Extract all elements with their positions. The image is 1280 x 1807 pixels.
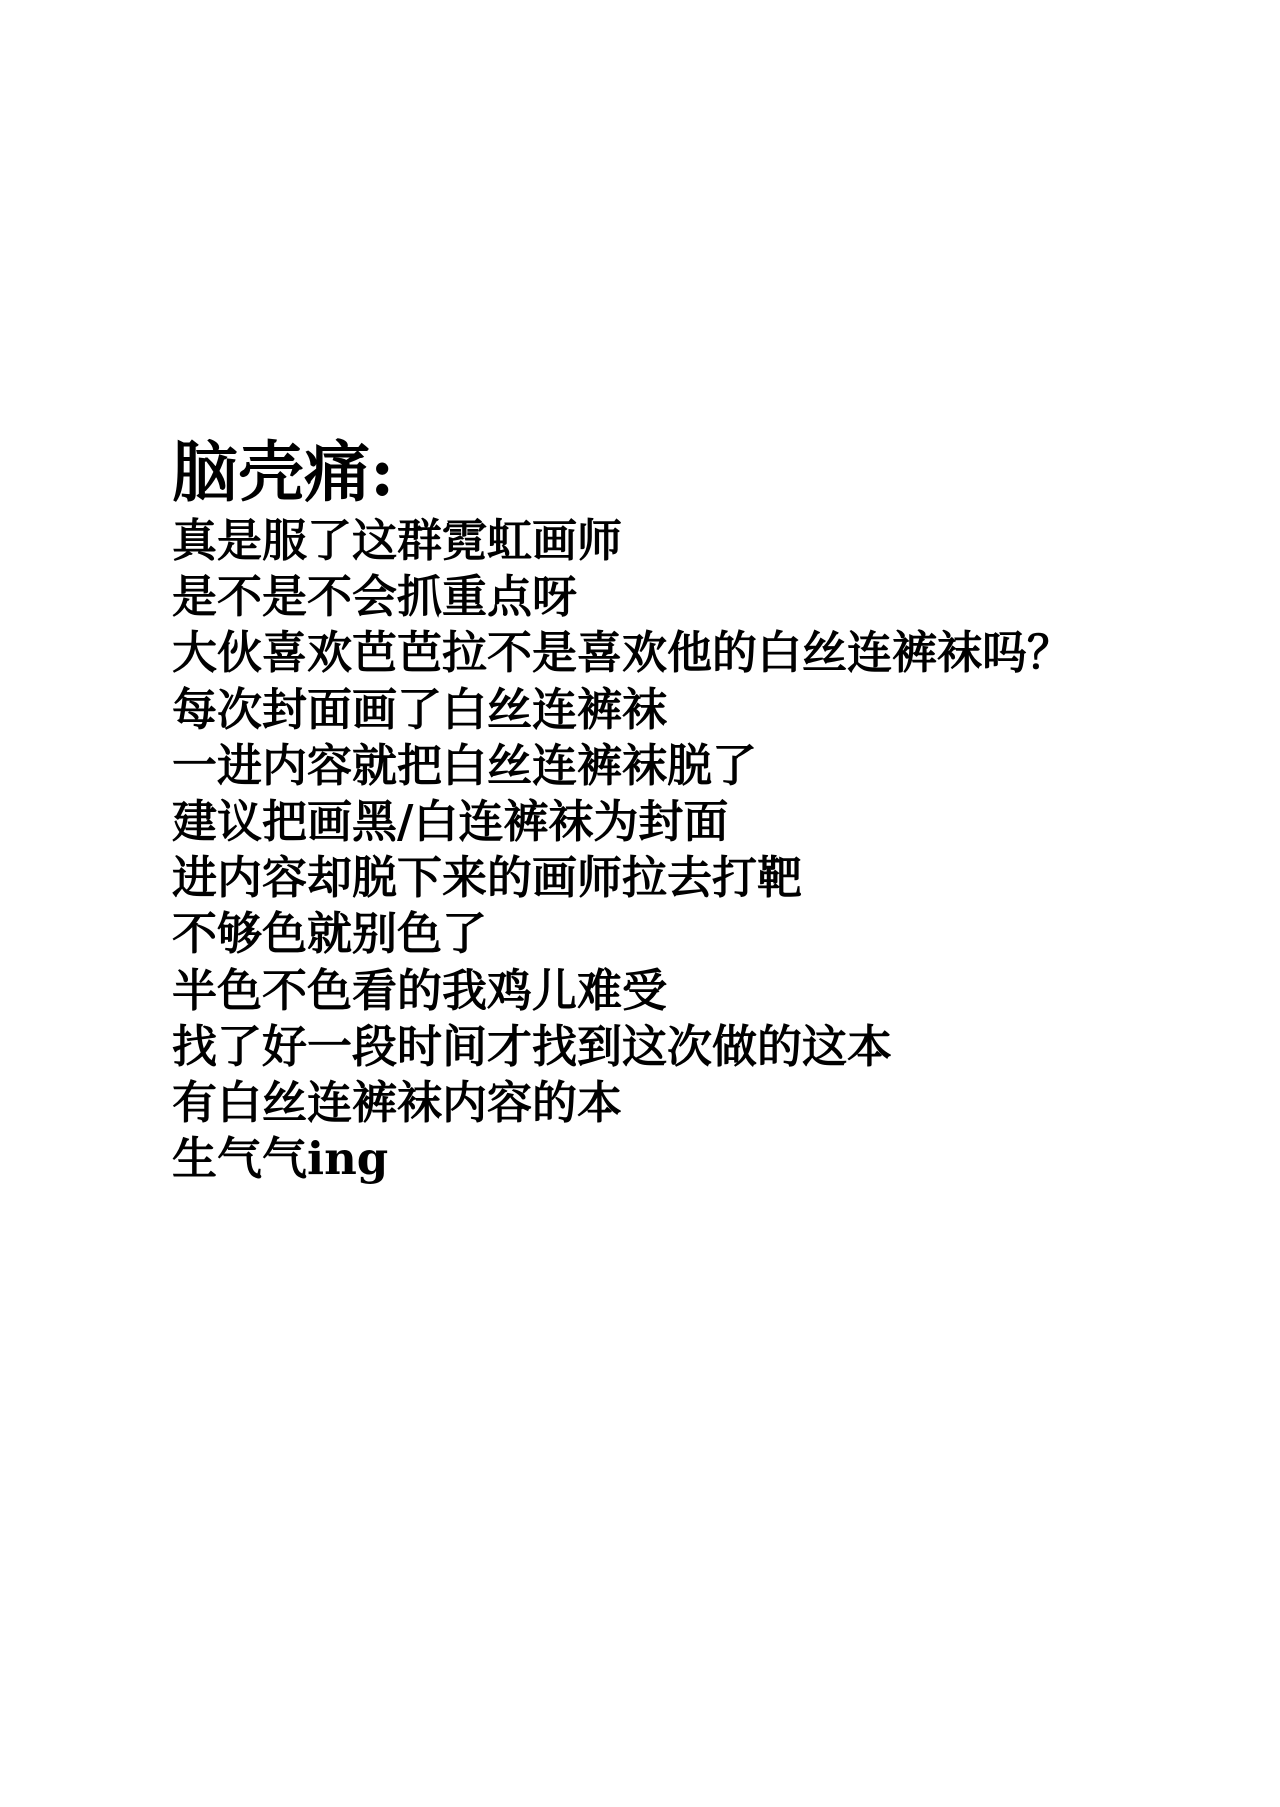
document-page: 脑壳痛: 真是服了这群霓虹画师 是不是不会抓重点呀 大伙喜欢芭芭拉不是喜欢他的白…: [0, 0, 1280, 1807]
note-line: 一进内容就把白丝连裤袜脱了: [172, 738, 1072, 794]
note-title: 脑壳痛:: [172, 436, 394, 508]
note-line: 不够色就别色了: [172, 906, 1072, 962]
note-line: 进内容却脱下来的画师拉去打靶: [172, 850, 1072, 906]
note-line: 大伙喜欢芭芭拉不是喜欢他的白丝连裤袜吗？: [172, 625, 1072, 681]
note-line: 半色不色看的我鸡儿难受: [172, 963, 1072, 1019]
note-line: 找了好一段时间才找到这次做的这本: [172, 1019, 1072, 1075]
note-line: 每次封面画了白丝连裤袜: [172, 682, 1072, 738]
note-line: 建议把画黑/白连裤袜为封面: [172, 794, 1072, 850]
note-line: 有白丝连裤袜内容的本: [172, 1075, 1072, 1131]
note-body: 真是服了这群霓虹画师 是不是不会抓重点呀 大伙喜欢芭芭拉不是喜欢他的白丝连裤袜吗…: [172, 513, 1072, 1187]
note-line: 真是服了这群霓虹画师: [172, 513, 1072, 569]
note-line: 是不是不会抓重点呀: [172, 569, 1072, 625]
note-line: 生气气ing: [172, 1131, 1072, 1187]
